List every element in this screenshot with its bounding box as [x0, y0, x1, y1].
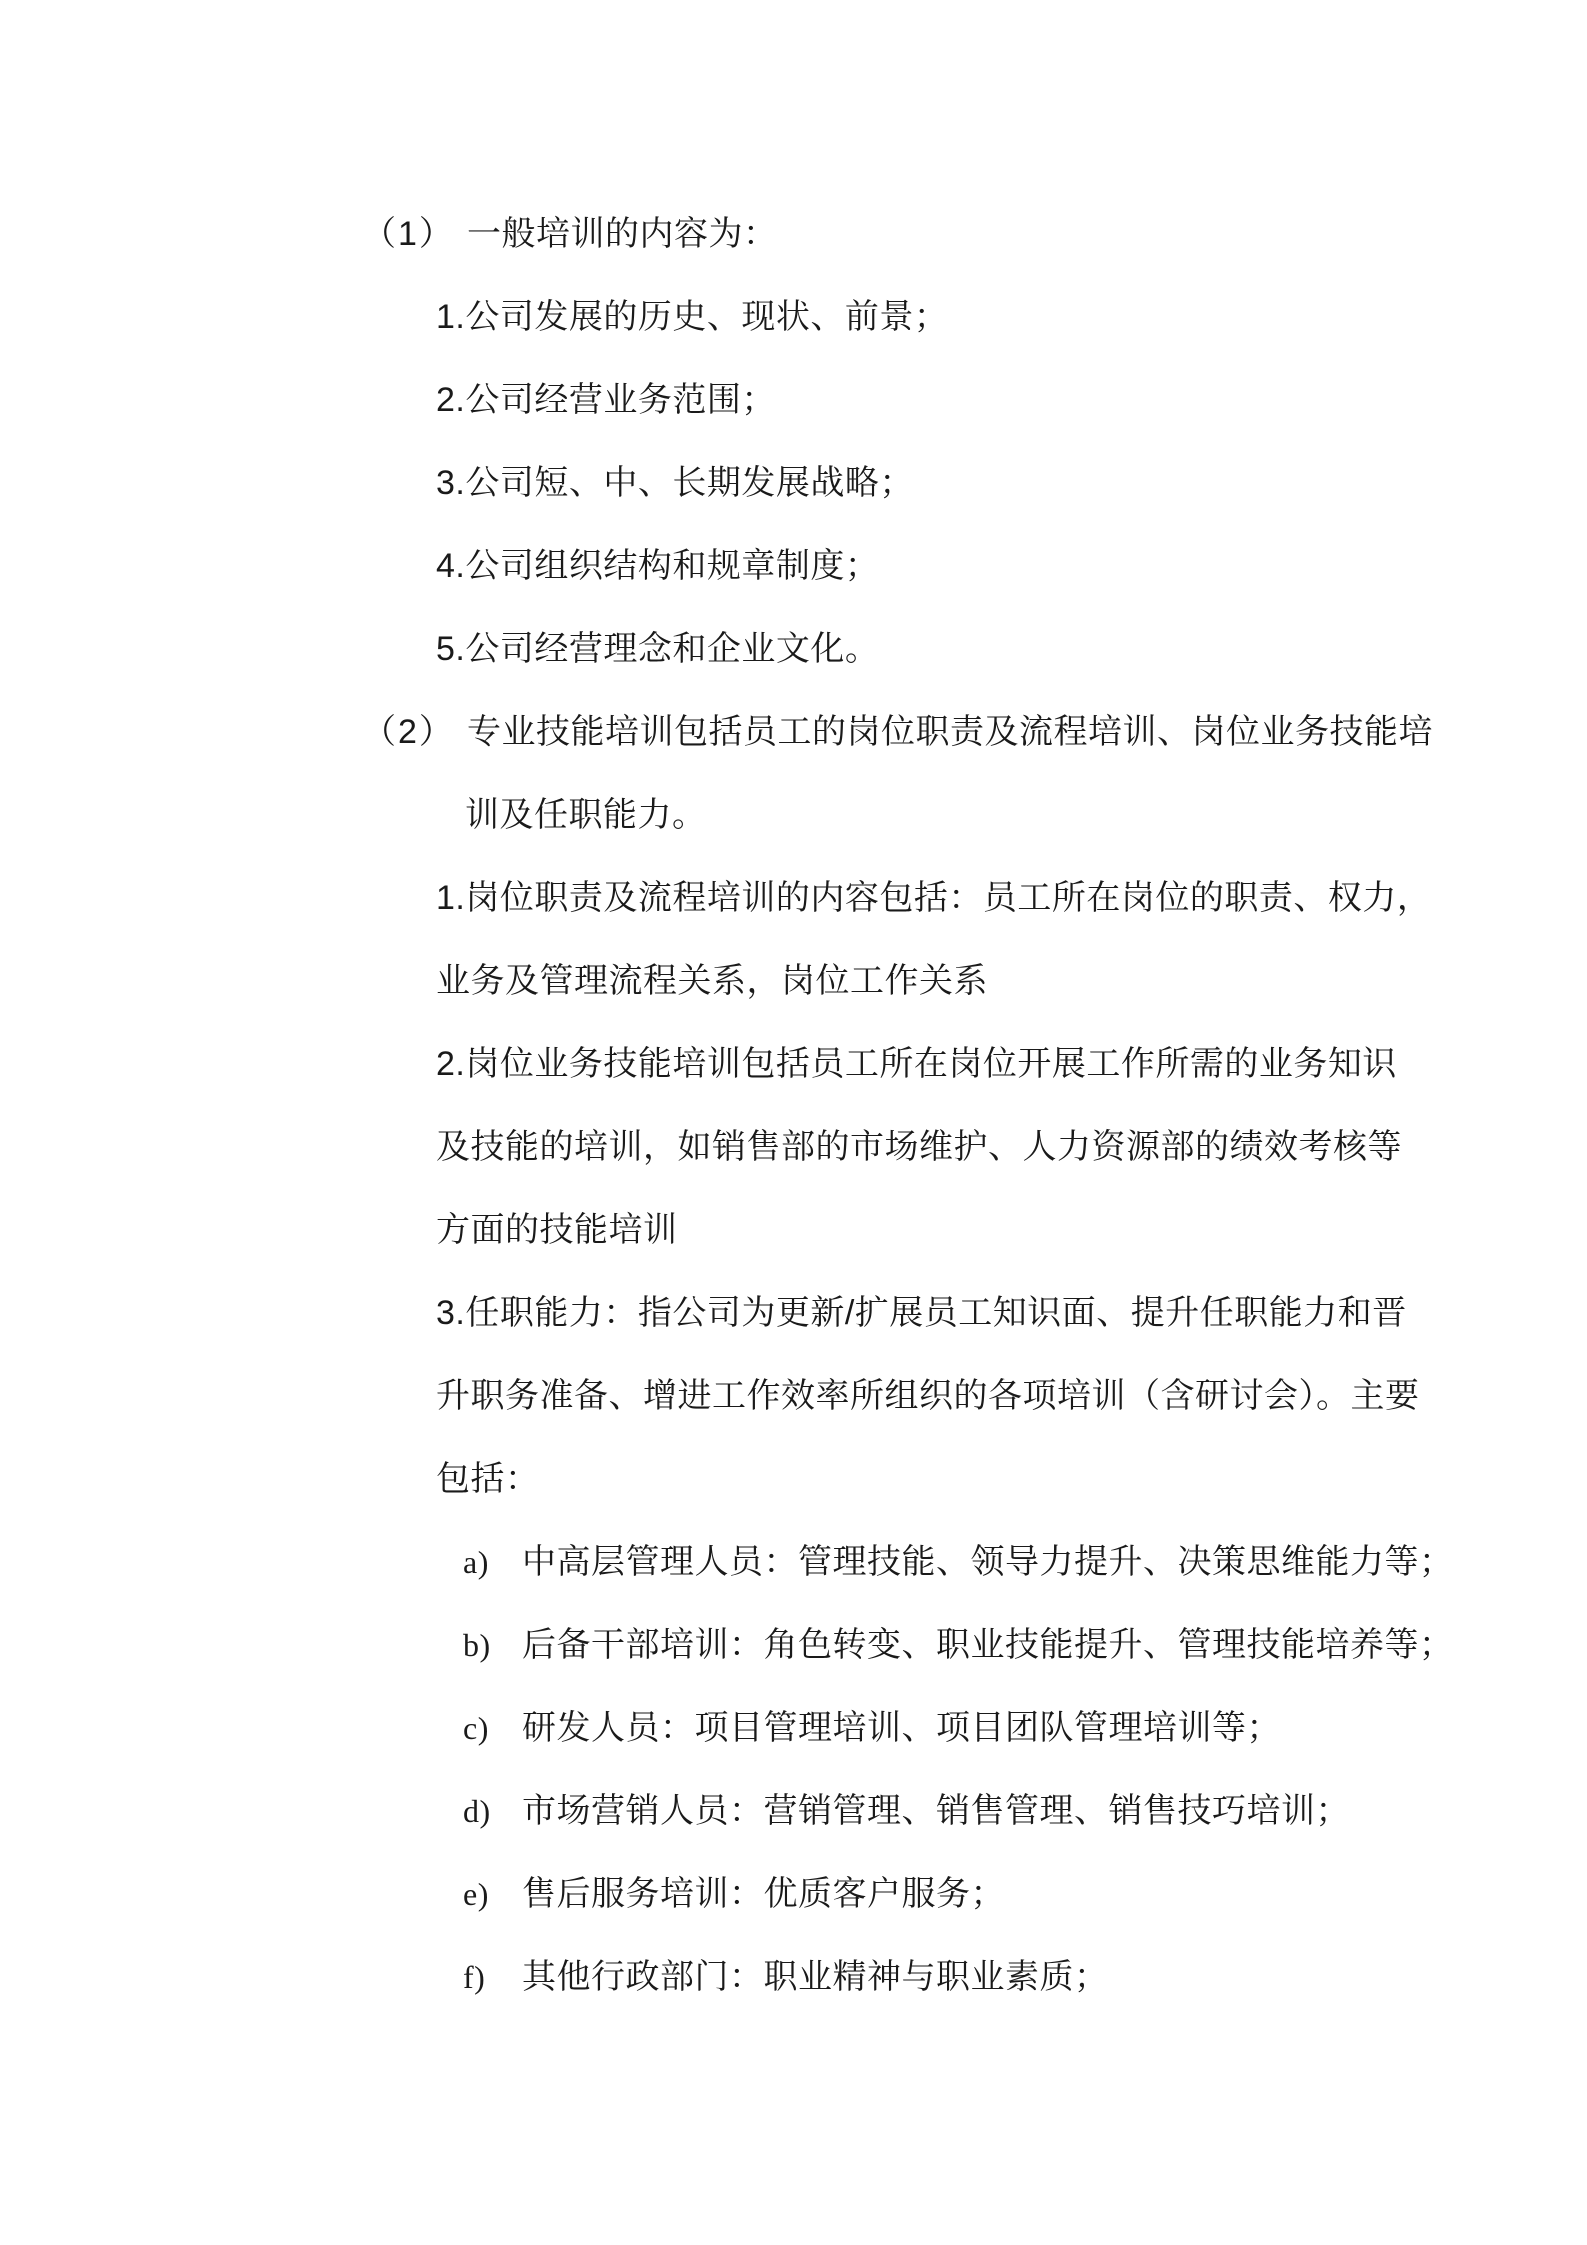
line-text: 售后服务培训：优质客户服务； — [522, 1875, 1005, 1913]
line-text: 3.公司短、中、长期发展战略； — [436, 464, 914, 502]
line-text: 方面的技能培训 — [436, 1211, 678, 1249]
line-text: 1.公司发展的历史、现状、前景； — [436, 298, 948, 336]
numbered-item-line: 4.公司组织结构和规章制度； — [0, 525, 1587, 608]
lettered-item-line: b)后备干部培训：角色转变、职业技能提升、管理技能培养等； — [0, 1604, 1587, 1687]
line-text: 其他行政部门：职业精神与职业素质； — [522, 1958, 1109, 1996]
continuation-line: 升职务准备、增进工作效率所组织的各项培训（含研讨会）。主要 — [0, 1355, 1587, 1438]
numbered-item-line: 3.任职能力：指公司为更新/扩展员工知识面、提升任职能力和晋 — [0, 1272, 1587, 1355]
numbered-item-line: 2.岗位业务技能培训包括员工所在岗位开展工作所需的业务知识 — [0, 1023, 1587, 1106]
line-text: 5.公司经营理念和企业文化。 — [436, 630, 879, 668]
line-text: 业务及管理流程关系，岗位工作关系 — [436, 962, 988, 1000]
numbered-item-line: 5.公司经营理念和企业文化。 — [0, 608, 1587, 691]
line-text: 市场营销人员：营销管理、销售管理、销售技巧培训； — [522, 1792, 1350, 1830]
list-letter-marker: e) — [463, 1853, 522, 1936]
line-text: 后备干部培训：角色转变、职业技能提升、管理技能培养等； — [522, 1626, 1454, 1664]
line-text: 训及任职能力。 — [465, 796, 707, 834]
continuation-line: 包括： — [0, 1438, 1587, 1521]
lettered-item-line: a)中高层管理人员：管理技能、领导力提升、决策思维能力等； — [0, 1521, 1587, 1604]
document-page: （1）一般培训的内容为： 1.公司发展的历史、现状、前景； 2.公司经营业务范围… — [0, 0, 1587, 2245]
list-letter-marker: d) — [463, 1770, 522, 1853]
numbered-item-line: 1.岗位职责及流程培训的内容包括：员工所在岗位的职责、权力， — [0, 857, 1587, 940]
line-text: 中高层管理人员：管理技能、领导力提升、决策思维能力等； — [522, 1543, 1454, 1581]
lettered-item-line: d)市场营销人员：营销管理、销售管理、销售技巧培训； — [0, 1770, 1587, 1853]
line-text: 4.公司组织结构和规章制度； — [436, 547, 879, 585]
section-number-marker: （1） — [362, 193, 467, 276]
section-line: （1）一般培训的内容为： — [0, 193, 1587, 276]
numbered-item-line: 3.公司短、中、长期发展战略； — [0, 442, 1587, 525]
list-letter-marker: a) — [463, 1521, 522, 1604]
list-letter-marker: b) — [463, 1604, 522, 1687]
line-text: 专业技能培训包括员工的岗位职责及流程培训、岗位业务技能培 — [467, 713, 1433, 751]
numbered-item-line: 2.公司经营业务范围； — [0, 359, 1587, 442]
continuation-line: 方面的技能培训 — [0, 1189, 1587, 1272]
line-text: 2.岗位业务技能培训包括员工所在岗位开展工作所需的业务知识 — [436, 1045, 1397, 1083]
lettered-item-line: c)研发人员：项目管理培训、项目团队管理培训等； — [0, 1687, 1587, 1770]
continuation-line: 业务及管理流程关系，岗位工作关系 — [0, 940, 1587, 1023]
section-number-marker: （2） — [362, 691, 467, 774]
list-letter-marker: c) — [463, 1687, 522, 1770]
line-text: 升职务准备、增进工作效率所组织的各项培训（含研讨会）。主要 — [436, 1377, 1420, 1415]
line-text: 研发人员：项目管理培训、项目团队管理培训等； — [522, 1709, 1281, 1747]
list-letter-marker: f) — [463, 1936, 522, 2019]
continuation-line: 训及任职能力。 — [0, 774, 1587, 857]
line-text: 3.任职能力：指公司为更新/扩展员工知识面、提升任职能力和晋 — [436, 1294, 1407, 1332]
line-text: 包括： — [436, 1460, 540, 1498]
section-line: （2）专业技能培训包括员工的岗位职责及流程培训、岗位业务技能培 — [0, 691, 1587, 774]
continuation-line: 及技能的培训，如销售部的市场维护、人力资源部的绩效考核等 — [0, 1106, 1587, 1189]
lettered-item-line: f)其他行政部门：职业精神与职业素质； — [0, 1936, 1587, 2019]
line-text: 一般培训的内容为： — [467, 215, 778, 253]
line-text: 及技能的培训，如销售部的市场维护、人力资源部的绩效考核等 — [436, 1128, 1402, 1166]
lettered-item-line: e)售后服务培训：优质客户服务； — [0, 1853, 1587, 1936]
line-text: 2.公司经营业务范围； — [436, 381, 776, 419]
numbered-item-line: 1.公司发展的历史、现状、前景； — [0, 276, 1587, 359]
line-text: 1.岗位职责及流程培训的内容包括：员工所在岗位的职责、权力， — [436, 879, 1431, 917]
